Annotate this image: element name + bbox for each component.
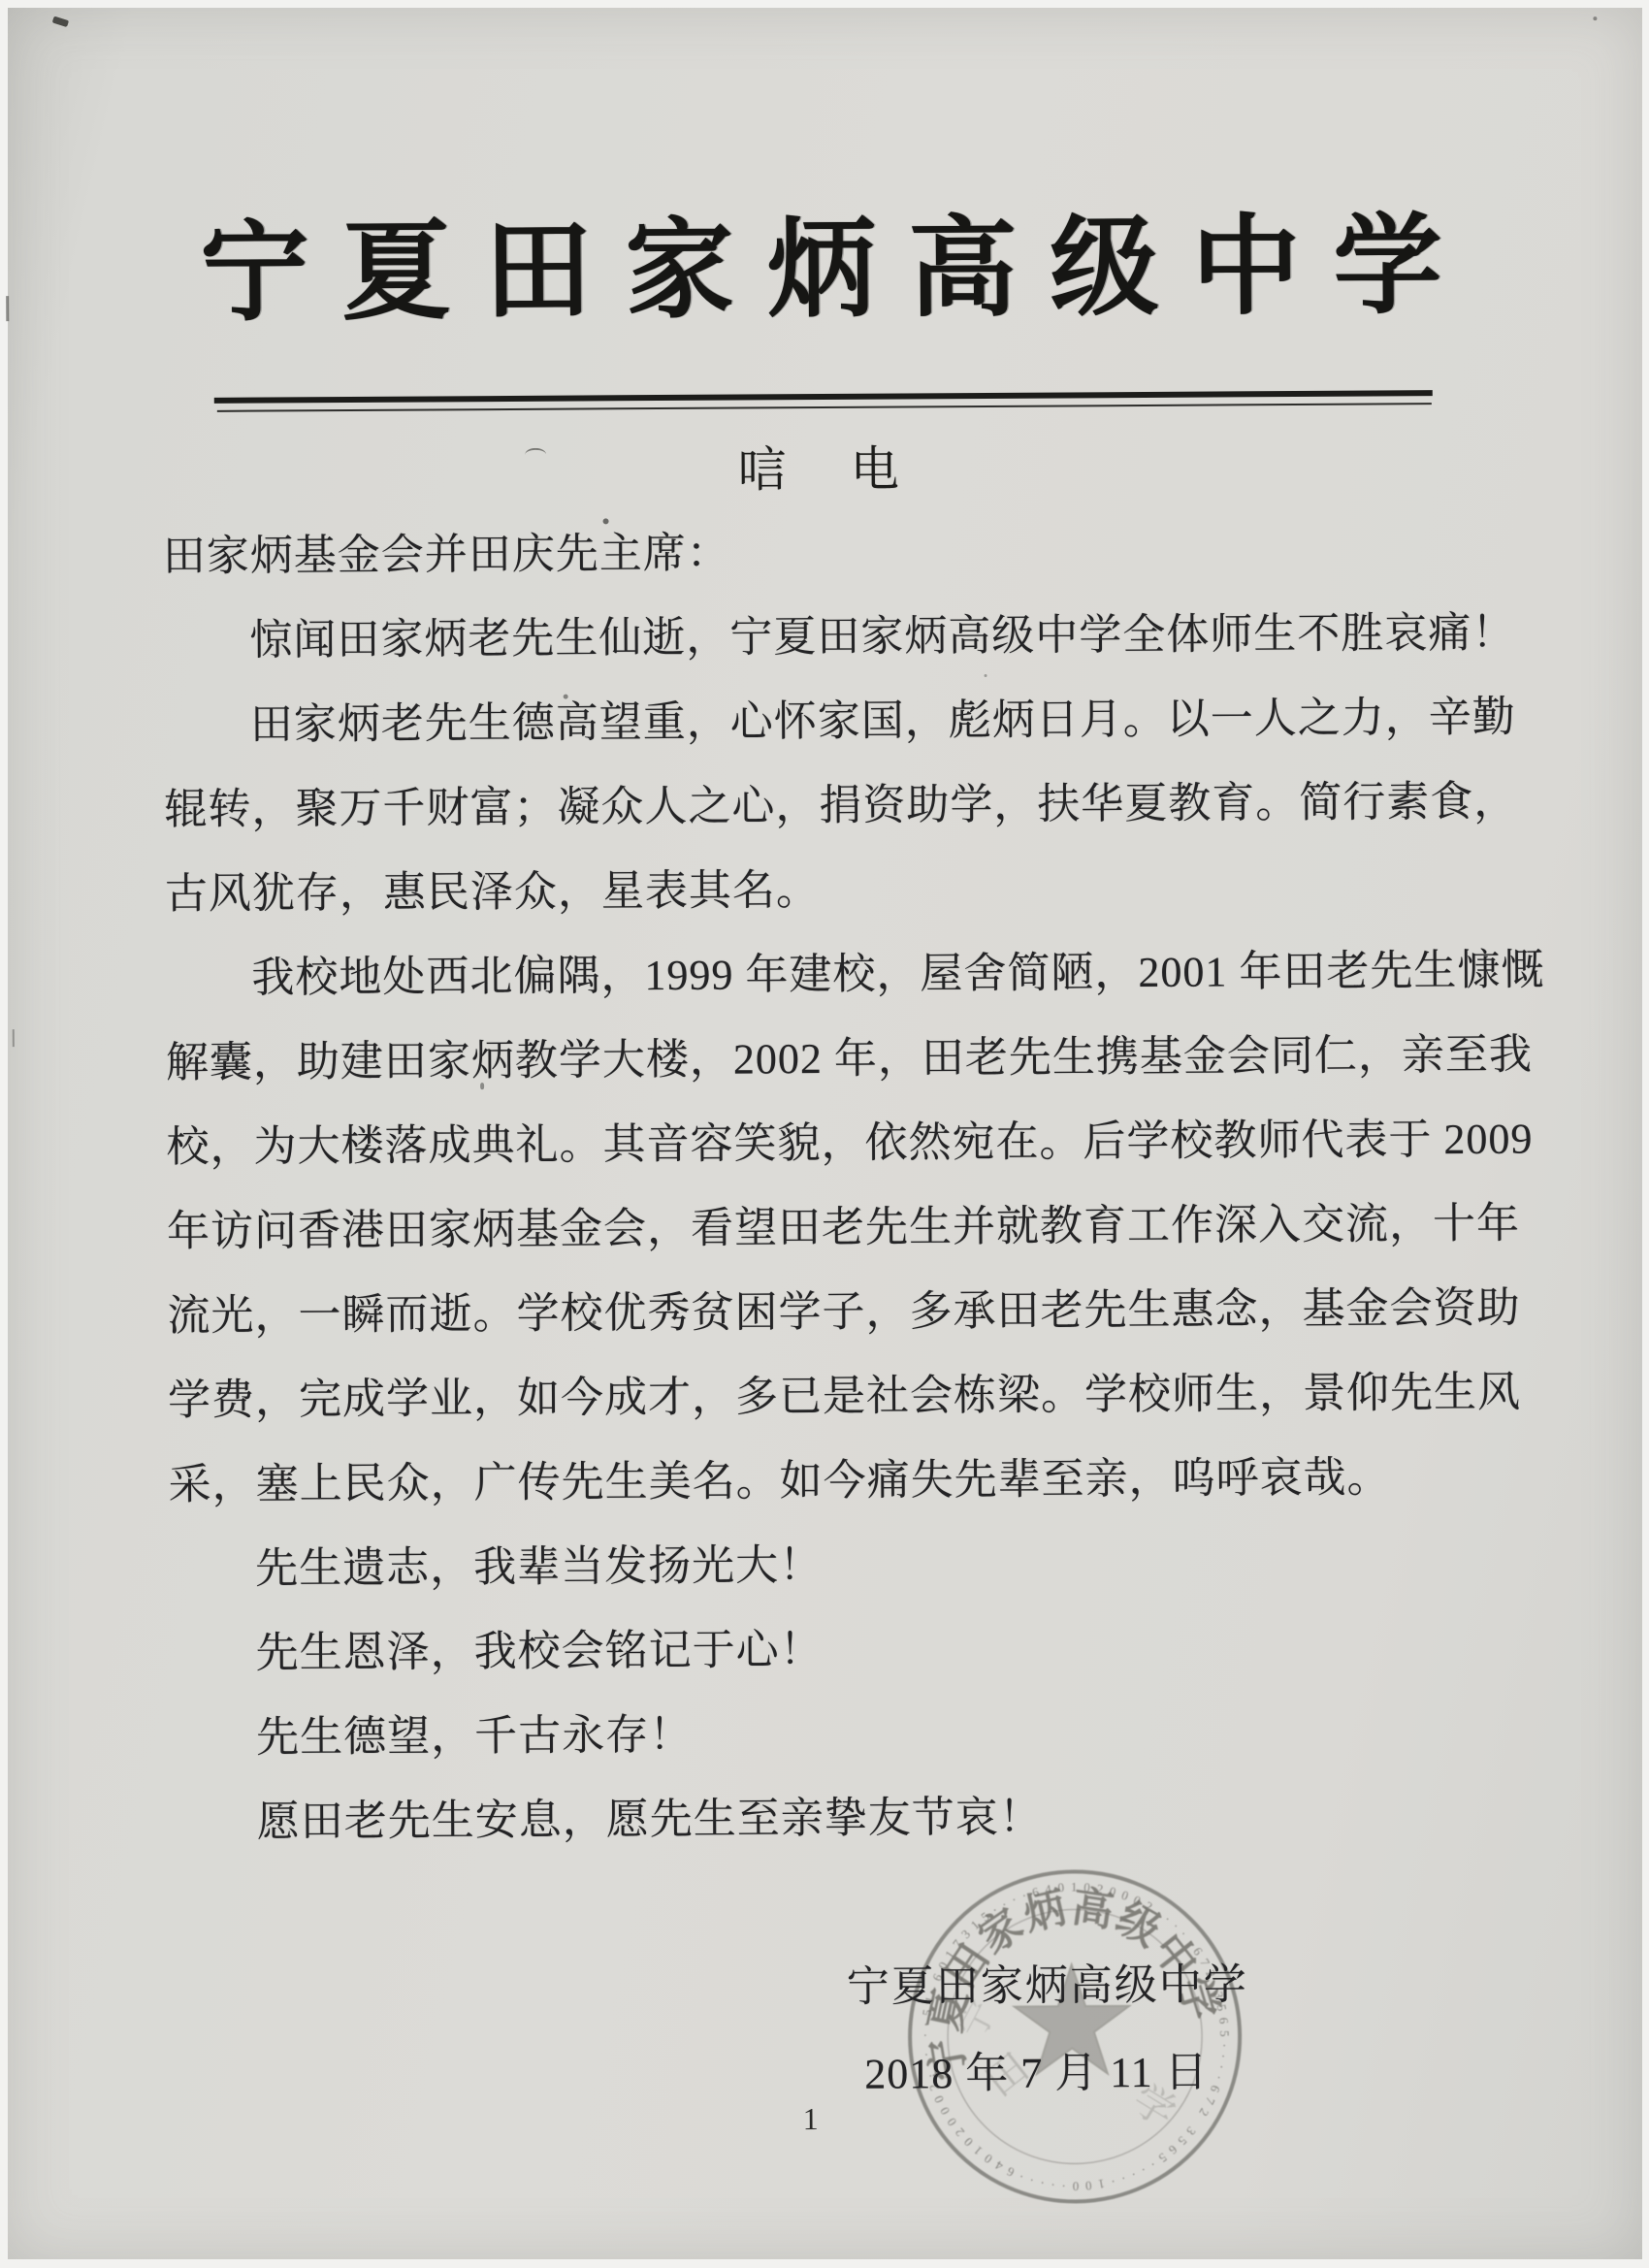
document-page: 宁夏田家炳高级中学 唁 电 田家炳基金会并田庆先主席： 惊闻田家炳老先生仙逝，宁… [8,8,1642,2259]
body-line: 校，为大楼落成典礼。其音容笑貌，依然宛在。后学校教师代表于 2009 [166,1097,1486,1189]
signature-school: 宁夏田家炳高级中学 [847,1949,1248,2014]
scan-artifact [525,448,546,462]
scan-artifact [480,1083,484,1089]
page-content: 宁夏田家炳高级中学 唁 电 田家炳基金会并田庆先主席： 惊闻田家炳老先生仙逝，宁… [2,3,1649,2264]
scan-artifact [1593,16,1597,20]
signature-date: 2018 年 7 月 11 日 [864,2037,1209,2101]
school-letterhead-title: 宁夏田家炳高级中学 [4,209,1639,333]
body-line: 年访问香港田家炳基金会，看望田老先生并就教育工作深入交流，十年 [167,1182,1487,1274]
body-line: 辊转，聚万千财富；凝众人之心，捐资助学，扶华夏教育。简行素食， [164,760,1484,852]
letterhead-divider-rule-thin [217,403,1432,412]
body-line: 田家炳老先生德高望重，心怀家国，彪炳日月。以一人之力，辛勤 [164,675,1484,767]
closing-line: 先生遗志，我辈当发扬光大！ [169,1519,1489,1611]
body-line: 我校地处西北偏隅，1999 年建校，屋舍简陋，2001 年田老先生慷慨 [165,928,1485,1021]
scan-artifact [593,1320,597,1324]
scan-artifact [603,518,609,524]
letter-body: 田家炳基金会并田庆先主席： 惊闻田家炳老先生仙逝，宁夏田家炳高级中学全体师生不胜… [163,506,1490,1864]
body-line: 流光，一瞬而逝。学校优秀贫困学子，多承田老先生惠念，基金会资助 [167,1266,1487,1358]
body-line: 采，塞上民众，广传先生美名。如今痛失先辈至亲，呜呼哀哉。 [168,1435,1488,1527]
letter-subject-heading: 唁 电 [5,437,1639,502]
scanned-document: 宁夏田家炳高级中学 唁 电 田家炳基金会并田庆先主席： 惊闻田家炳老先生仙逝，宁… [0,0,1649,2268]
body-line: 惊闻田家炳老先生仙逝，宁夏田家炳高级中学全体师生不胜哀痛！ [163,591,1483,683]
body-line: 古风犹存，惠民泽众，星表其名。 [165,844,1485,936]
scan-artifact [13,1029,15,1047]
salutation-line: 田家炳基金会并田庆先主席： [163,506,1483,599]
closing-line: 先生德望，千古永存！ [170,1688,1490,1780]
page-number: 1 [803,2101,819,2137]
scan-artifact [52,16,69,28]
letterhead-divider-rule [214,390,1433,404]
scan-artifact [6,296,9,321]
scan-artifact [564,695,568,699]
body-line: 解囊，助建田家炳教学大楼，2002 年，田老先生携基金会同仁，亲至我 [166,1013,1486,1105]
scan-artifact [985,674,987,677]
body-line: 学费，完成学业，如今成才，多已是社会栋梁。学校师生，景仰先生风 [168,1350,1488,1442]
closing-line: 愿田老先生安息，愿先生至亲挚友节哀！ [170,1772,1490,1864]
closing-line: 先生恩泽，我校会铭记于心！ [169,1604,1489,1696]
